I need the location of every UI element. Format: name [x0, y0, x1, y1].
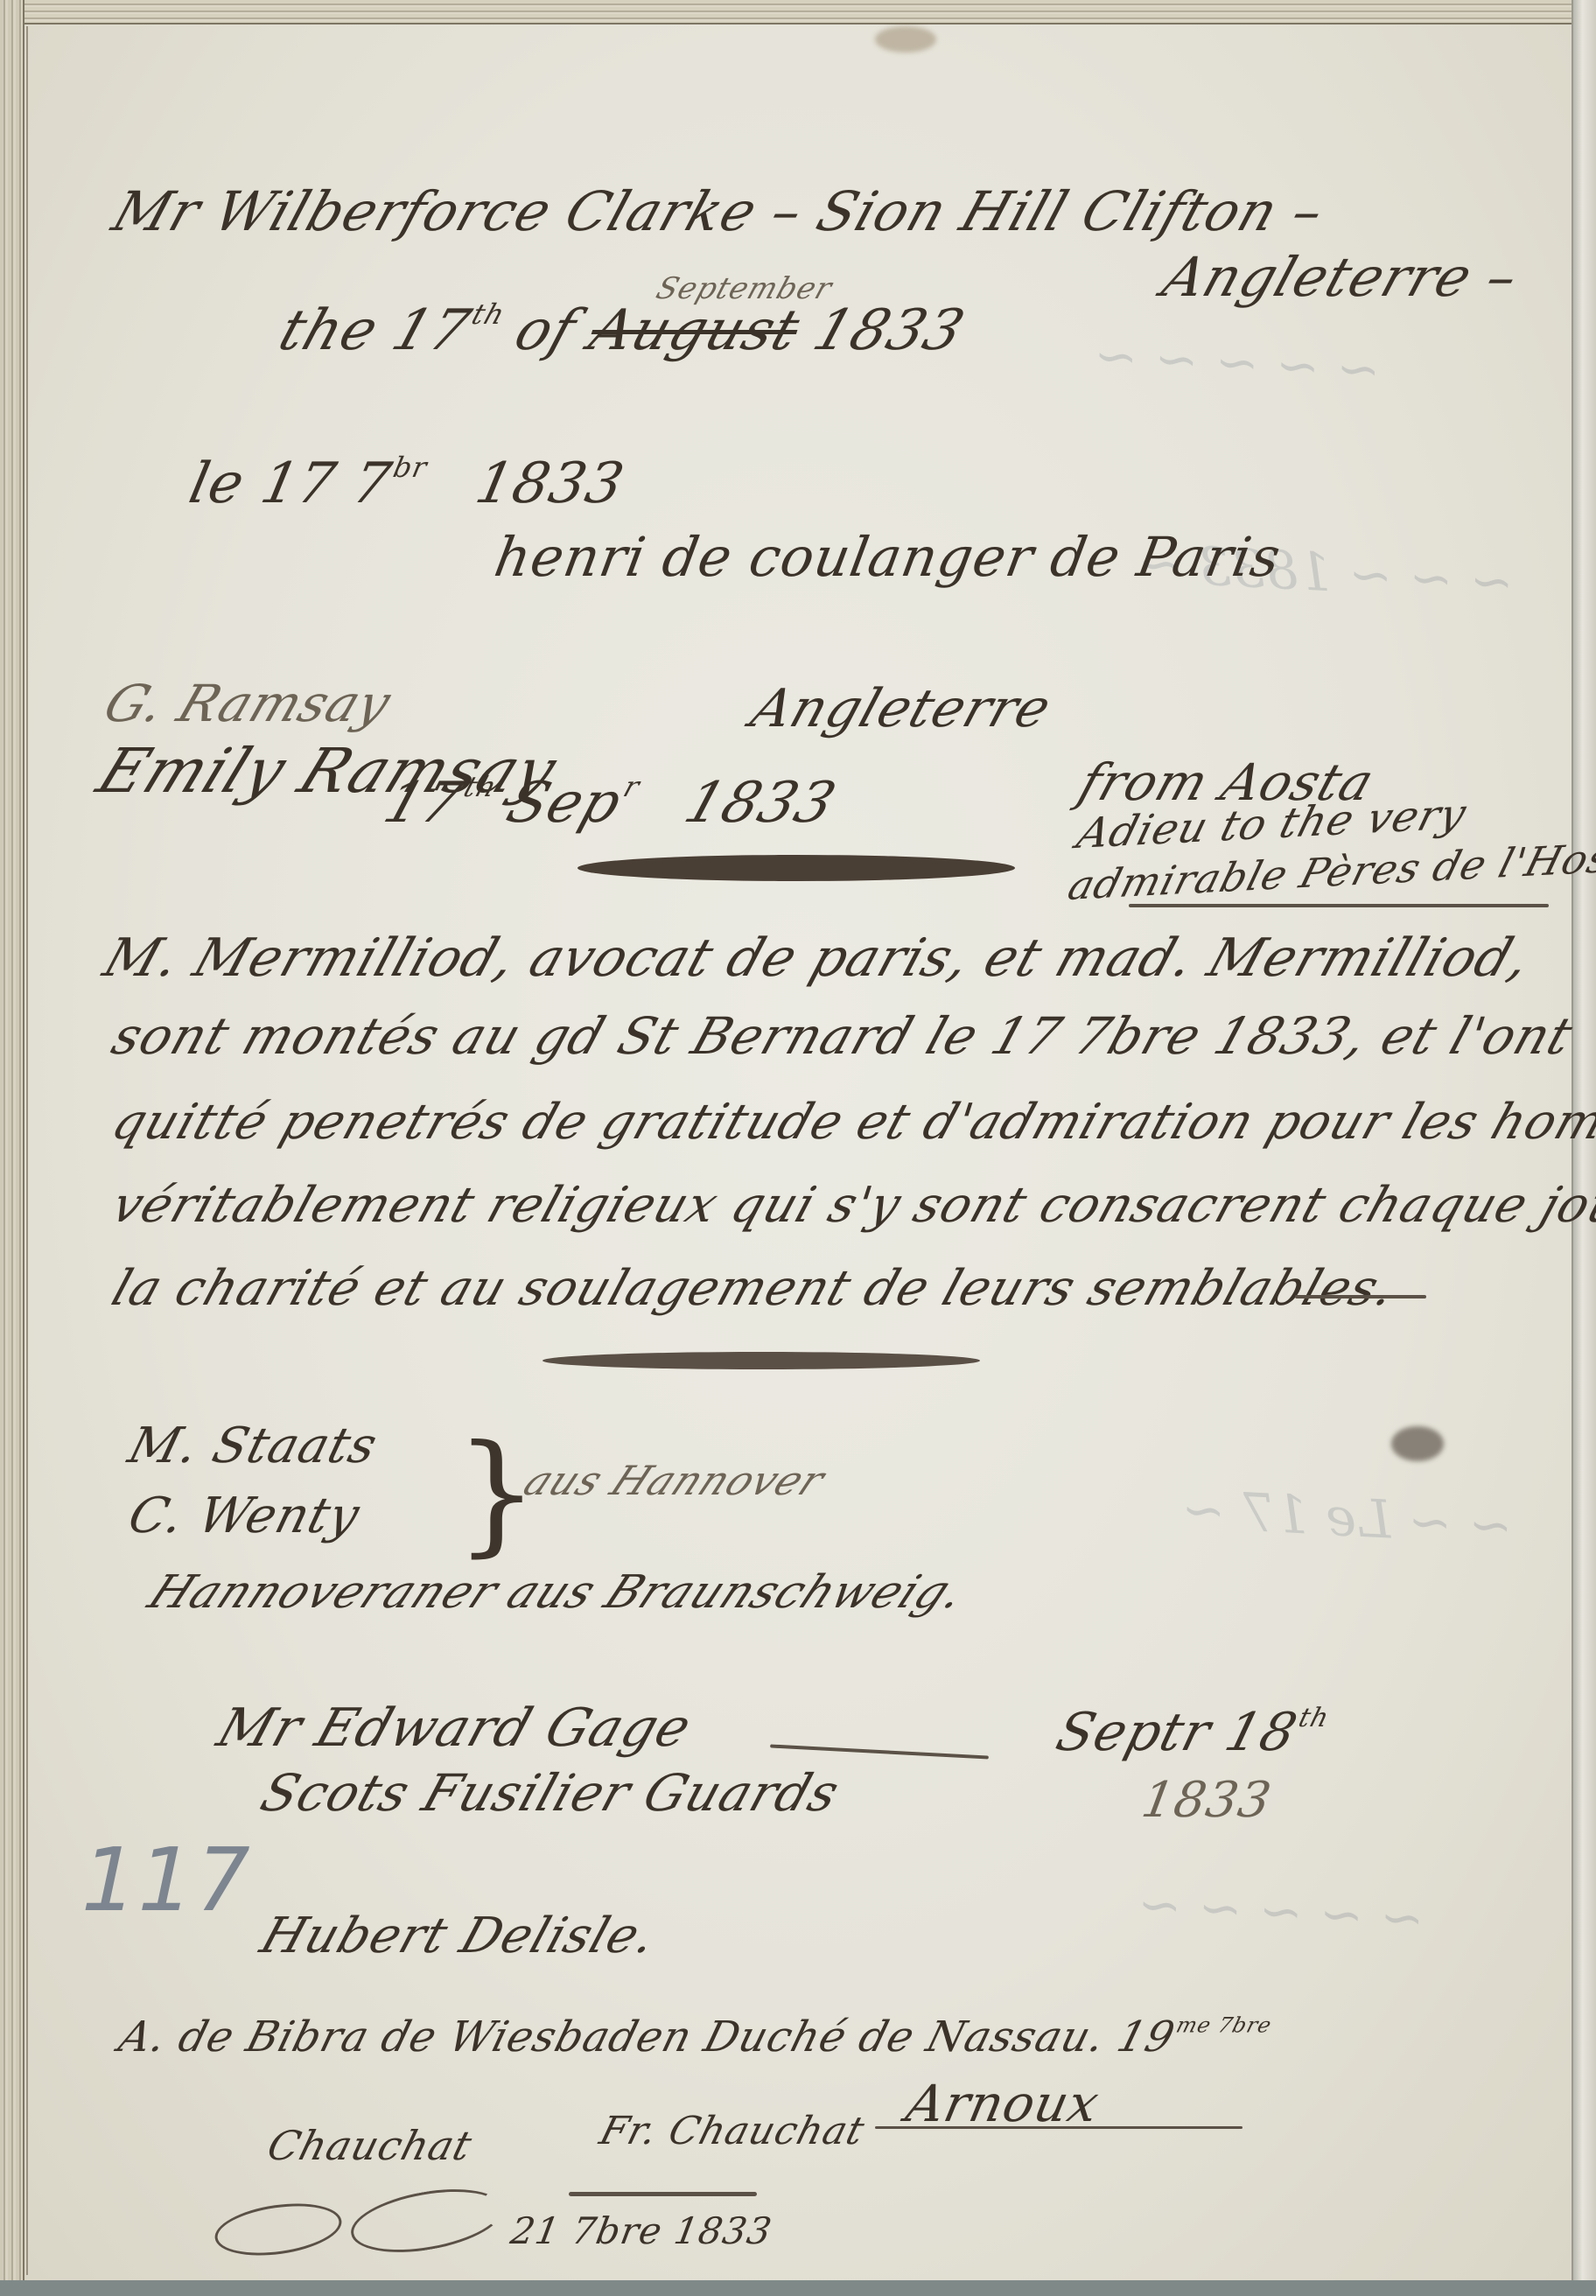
bibra-text: A. de Bibra de Wiesbaden Duché de Nassau…: [114, 2012, 1180, 2061]
mermillod-line-3: quitté penetrés de gratitude et d'admira…: [105, 1094, 1596, 1151]
ramsay-month: Sep: [499, 771, 630, 836]
chauchat-month: 7bre: [569, 2209, 666, 2252]
entry-ramsay-date: 17th Sepr 1833: [376, 770, 844, 836]
show-through-text: ~ ~ ~ ~ ~: [1092, 325, 1382, 401]
staats-name-1: M. Staats: [122, 1417, 383, 1474]
entry-wilberforce-country: Angleterre –: [1155, 245, 1527, 309]
connector-flourish: [770, 1744, 989, 1759]
chauchat-signature-2: Fr. Chauchat: [595, 2109, 870, 2153]
delisle-name: Hubert Delisle.: [254, 1907, 664, 1964]
gage-year: 1833: [1137, 1772, 1276, 1829]
entry-bibra-line: A. de Bibra de Wiesbaden Duché de Nassau…: [114, 2012, 1275, 2061]
gage-day: 18: [1219, 1702, 1304, 1763]
show-through-text: ~ ~ Le 17 ~: [1179, 1479, 1514, 1557]
entry-wilberforce-date: the 17th of August 1833: [271, 297, 973, 363]
arnoux-signature: Arnoux: [901, 2074, 1104, 2133]
manuscript-page: ~ ~ ~ ~ ~ ~ ~ ~ 1833 ~ ~ ~ Le 17 ~ ~ ~ ~…: [0, 0, 1596, 2280]
entry-wilberforce-name: Mr Wilberforce Clarke – Sion Hill Clifto…: [105, 179, 1333, 243]
show-through-text: ~ ~ ~ ~ ~: [1136, 1873, 1425, 1949]
gage-name: Mr Edward Gage: [210, 1697, 699, 1759]
ink-stain: [875, 26, 936, 52]
line-end-flourish: [1295, 1295, 1426, 1298]
gage-regiment: Scots Fusilier Guards: [254, 1763, 847, 1823]
ink-divider-blot: [542, 1352, 980, 1369]
staats-second-line: Hannoveraner aus Braunschweig.: [140, 1566, 975, 1619]
wilberforce-address-text: Sion Hill Clifton: [809, 179, 1286, 243]
wilberforce-country-text: Angleterre: [1155, 245, 1480, 309]
page-stack-left-edge: [0, 0, 24, 2280]
staats-name-2: C. Wenty: [122, 1487, 366, 1544]
ink-stain: [1391, 1426, 1444, 1461]
wilberforce-name-text: Mr Wilberforce Clarke: [105, 179, 766, 243]
entry-gage-date: Septr 18th: [1050, 1702, 1333, 1763]
wilberforce-of: of: [507, 298, 584, 363]
coulanger-year: 1833: [470, 451, 630, 516]
mermillod-line-2: sont montés au gd St Bernard le 17 7bre …: [105, 1006, 1580, 1066]
chauchat-year: 1833: [671, 2209, 776, 2252]
mermillod-line-1: M. Mermilliod, avocat de paris, et mad. …: [96, 927, 1538, 989]
entry-chauchat-date: 21 7bre 1833: [507, 2209, 775, 2252]
signature-underline: [569, 2192, 757, 2196]
wilberforce-year: 1833: [806, 298, 973, 363]
chauchat-signature-1: Chauchat: [262, 2122, 478, 2169]
mermillod-line-4: véritablement religieux qui s'y sont con…: [105, 1177, 1596, 1234]
coulanger-month-sup: br: [390, 451, 430, 484]
ramsay-year: 1833: [677, 771, 844, 836]
wilberforce-day: the 17: [271, 298, 479, 363]
mermillod-line-5: la charité et au soulagement de leurs se…: [105, 1260, 1403, 1317]
ramsay-country: Angleterre: [744, 678, 1059, 739]
gage-month: Septr: [1050, 1702, 1218, 1763]
gutter-line: [26, 26, 28, 2275]
chauchat-day: 21: [507, 2209, 563, 2252]
divider-rule: [1129, 904, 1549, 907]
coulanger-day: le 17: [184, 451, 342, 516]
bibra-date-sup: me 7bre: [1173, 2012, 1274, 2037]
scan-background-strip: [0, 2280, 1596, 2296]
signature-underline: [875, 2126, 1242, 2129]
signature-flourish: [346, 2179, 508, 2263]
entry-coulanger-date: le 17 7br 1833: [184, 451, 630, 516]
page-number-pencil: 117: [70, 1829, 262, 1931]
wilberforce-struck-month: August: [582, 298, 808, 363]
signature-flourish: [212, 2196, 345, 2263]
coulanger-name: henri de coulanger de Paris: [490, 525, 1285, 589]
staats-bracket-note: aus Hannover: [516, 1457, 833, 1504]
ink-divider-blot: [577, 855, 1015, 881]
ramsay-name-1: G. Ramsay: [96, 674, 400, 733]
page-stack-top-edge: [0, 0, 1596, 24]
